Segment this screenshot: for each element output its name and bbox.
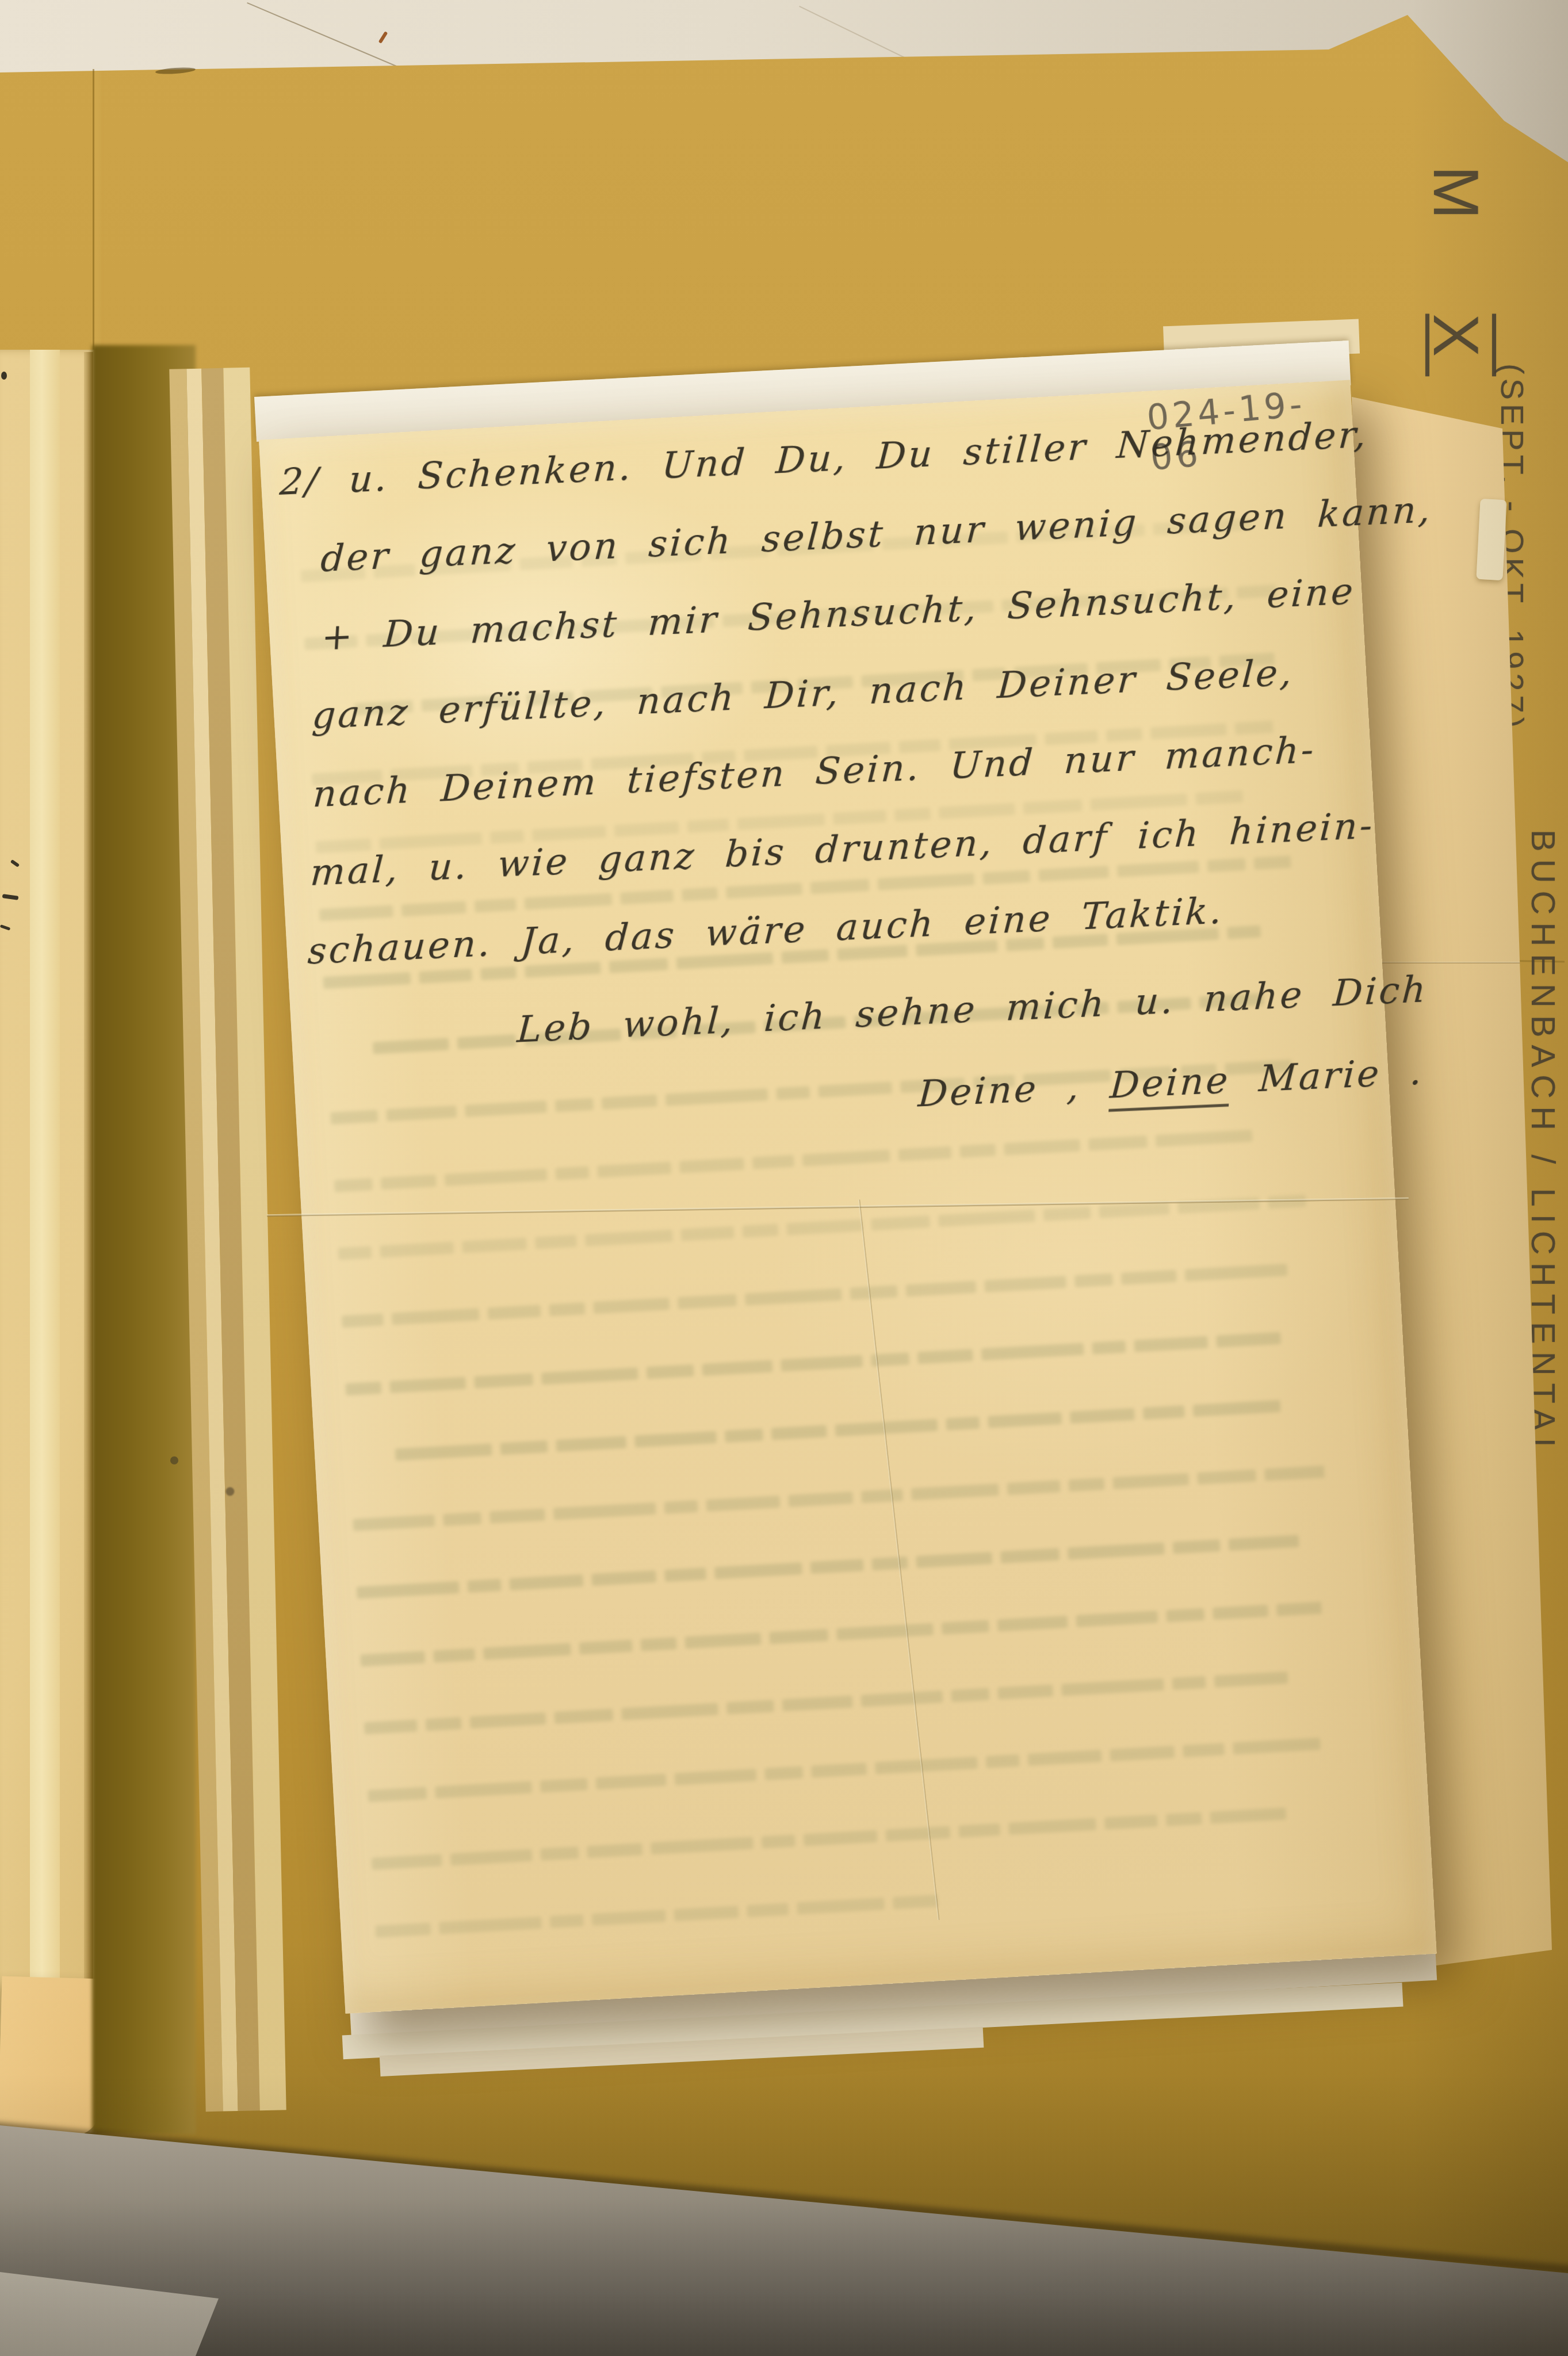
bleedthrough-word-blob [1023,799,1083,814]
bleedthrough-word-blob [469,1712,546,1728]
bleedthrough-word-blob [764,1766,803,1781]
bleedthrough-word-blob [474,1373,533,1389]
bleedthrough-word-blob [938,1210,1035,1227]
bleedthrough-word-blob [591,1570,656,1586]
bleedthrough-word-blob [357,1581,460,1599]
bleedthrough-word-blob [958,1823,1000,1838]
bleedthrough-word-blob [811,1762,867,1777]
bleedthrough-word-blob [509,1574,583,1590]
bleedthrough-word-blob [1213,1605,1268,1620]
bleedthrough-word-blob [833,810,886,825]
bleedthrough-word-blob [389,1377,466,1393]
bleedthrough-word-blob [714,1562,802,1579]
bleedthrough-word-blob [678,1294,737,1310]
bleedthrough-word-blob [1183,1743,1225,1757]
bleedthrough-word-blob [850,1285,898,1299]
bleedthrough-word-blob [893,1895,938,1909]
bleedthrough-word-blob [353,1514,435,1531]
signature-part: Deine , [917,1066,1083,1116]
bleedthrough-word-blob [762,1834,796,1848]
bleedthrough-word-blob [641,1637,677,1651]
bleedthrough-word-blob [1227,925,1261,939]
bleedthrough-word-blob [1074,1273,1113,1288]
bleedthrough-word-blob [666,1088,768,1106]
bleedthrough-word-blob [380,1242,454,1258]
bleedthrough-word-blob [1038,866,1109,882]
bleedthrough-word-blob [620,890,674,905]
bleedthrough-word-blob [745,1288,842,1306]
bleedthrough-word-blob [885,1826,950,1842]
bleedthrough-word-blob [810,1559,864,1574]
bleedthrough-word-blob [609,958,668,973]
bleedthrough-word-blob [726,882,802,898]
bleedthrough-word-blob [981,1343,1084,1361]
bleedthrough-word-blob [334,1178,373,1192]
bleedthrough-word-blob [982,870,1030,884]
bleedthrough-word-blob [602,1095,657,1110]
bleedthrough-word-blob [401,901,466,916]
bleedthrough-word-blob [680,1226,734,1241]
bleedthrough-word-blob [942,1620,989,1634]
bleedthrough-word-blob [579,1640,633,1655]
bleedthrough-word-blob [905,1281,976,1297]
bleedthrough-word-blob [1166,1812,1202,1826]
bleedthrough-word-blob [871,1556,908,1570]
bleedthrough-word-blob [782,1696,853,1712]
bleedthrough-word-blob [877,873,974,890]
bleedthrough-word-blob [836,1623,934,1640]
bleedthrough-word-blob [445,1168,548,1186]
bleedthrough-line [342,1263,1293,1330]
bleedthrough-line [372,1807,1292,1873]
bleedthrough-word-blob [1134,1336,1208,1352]
bleedthrough-word-blob [651,1837,754,1854]
bleedthrough-word-blob [457,1034,517,1050]
bleedthrough-word-blob [1216,1332,1281,1348]
bleedthrough-word-blob [592,1910,666,1926]
bleedthrough-word-blob [1070,1408,1135,1424]
bleedthrough-word-blob [1185,1264,1288,1282]
bleedthrough-word-blob [1099,1202,1169,1218]
bleedthrough-word-blob [323,972,411,989]
bleedthrough-word-blob [1214,1672,1288,1688]
bleedthrough-word-blob [742,1223,778,1237]
bleedthrough-word-blob [911,1483,999,1500]
letter-stack: 024-19-06 2/ u. Schenken. Und Du, Du sti… [259,380,1437,2014]
bleedthrough-word-blob [634,1431,717,1448]
bleedthrough-word-blob [1043,1207,1091,1221]
bleedthrough-word-blob [555,1166,589,1180]
bleedthrough-word-blob [797,1898,885,1914]
bleedthrough-word-blob [1193,1400,1281,1417]
bleedthrough-line [360,1602,1322,1670]
bleedthrough-word-blob [381,1175,437,1190]
bleedthrough-word-blob [997,1684,1053,1699]
bleedthrough-word-blob [450,1849,533,1866]
ink-speck [1,372,7,380]
bleedthrough-word-blob [1197,1469,1256,1485]
bleedthrough-word-blob [541,1367,638,1384]
bleedthrough-word-blob [419,969,472,984]
bleedthrough-word-blob [540,1778,588,1792]
signature-line: Deine , Deine Marie . [917,1050,1425,1115]
bleedthrough-line [364,1670,1306,1737]
bleedthrough-word-blob [788,1491,853,1507]
bleedthrough-word-blob [490,830,524,844]
bleedthrough-word-blob [898,1146,951,1161]
bleedthrough-word-blob [725,1428,763,1443]
bleedthrough-word-blob [682,887,718,901]
bleedthrough-word-blob [1264,1466,1325,1481]
signature-name: Marie . [1257,1050,1425,1100]
folder-code-letter: M [1420,166,1492,239]
bleedthrough-word-blob [395,1443,492,1460]
handwriting-line: der ganz von sich selbst nur wenig sagen… [319,488,1433,580]
bleedthrough-word-blob [1068,1542,1165,1559]
bleedthrough-word-blob [587,1843,643,1858]
bleedthrough-word-blob [984,1276,1066,1292]
bleedthrough-word-blob [487,1305,541,1319]
bleedthrough-word-blob [319,905,393,921]
torn-tape-fragment [1476,499,1506,580]
bleedthrough-word-blob [556,1436,626,1452]
bleedthrough-line [334,1129,1276,1195]
bleedthrough-word-blob [480,966,517,980]
bleedthrough-word-blob [483,1643,571,1659]
bleedthrough-word-blob [554,1709,613,1724]
bleedthrough-word-blob [835,1419,938,1437]
bleedthrough-word-blob [597,1162,671,1178]
bleedthrough-word-blob [946,1417,980,1431]
bleedthrough-word-blob [330,1110,378,1124]
bleedthrough-line [357,1535,1308,1602]
bleedthrough-word-blob [368,1787,427,1803]
bleedthrough-word-blob [771,1425,827,1440]
bleedthrough-word-blob [737,813,825,830]
bleedthrough-word-blob [462,1238,527,1253]
bleedthrough-word-blob [810,879,870,894]
bleedthrough-word-blob [338,1246,372,1260]
bleedthrough-word-blob [726,1700,774,1714]
bleedthrough-word-blob [1028,1750,1102,1766]
bleedthrough-word-blob [549,1302,585,1316]
bleedthrough-word-blob [1076,1611,1158,1627]
bleedthrough-word-blob [1007,1480,1061,1495]
bleedthrough-word-blob [1143,1405,1185,1420]
bleedthrough-word-blob [1068,1478,1104,1491]
bleedthrough-word-blob [443,1512,481,1527]
bleedthrough-word-blob [375,1923,431,1938]
bleedthrough-word-blob [614,821,679,837]
bleedthrough-word-blob [372,1854,442,1870]
bleedthrough-word-blob [342,1313,384,1328]
bleedthrough-word-blob [1195,790,1243,805]
bleedthrough-word-blob [951,1688,989,1703]
bleedthrough-line [353,1466,1325,1534]
bleedthrough-word-blob [1229,1535,1299,1551]
bleedthrough-word-blob [917,1349,973,1364]
bleedthrough-word-blob [664,1500,698,1514]
archive-photo: M X (SEPT. - OKT. 1927) BUCHENBACH / LIC… [0,0,1568,2356]
handwriting-line: + Du machst mir Sehnsucht, Sehnsucht, ei… [320,570,1356,659]
bleedthrough-word-blob [489,1509,545,1524]
bleedthrough-word-blob [1061,1678,1164,1696]
bleedthrough-word-blob [1112,1473,1189,1489]
handwriting-line: ganz erfüllte, nach Dir, nach Deiner See… [311,651,1295,737]
bleedthrough-word-blob [706,1496,780,1512]
bleedthrough-word-blob [861,1690,943,1707]
bleedthrough-line [338,1195,1310,1263]
bleedthrough-word-blob [373,1038,449,1054]
bleedthrough-word-blob [1207,858,1246,873]
bleedthrough-word-blob [769,1629,828,1644]
bleedthrough-word-blob [553,1502,656,1520]
bleedthrough-word-blob [596,1774,667,1790]
bleedthrough-word-blob [585,1230,673,1246]
handwritten-letter-page: 024-19-06 2/ u. Schenken. Und Du, Du sti… [259,380,1437,2014]
bleedthrough-word-blob [1117,860,1199,877]
bleedthrough-word-blob [702,1360,772,1376]
bleedthrough-word-blob [475,898,517,913]
bleedthrough-word-blob [687,819,729,833]
bleedthrough-word-blob [500,1440,548,1455]
bleedthrough-word-blob [818,1081,892,1097]
bleedthrough-word-blob [555,1098,594,1112]
bleedthrough-word-blob [647,1364,694,1379]
bleedthrough-line [345,1330,1307,1398]
bleedthrough-word-blob [1092,1341,1126,1355]
bleedthrough-word-blob [894,808,931,821]
bleedthrough-word-blob [1166,1608,1204,1623]
bleedthrough-word-blob [426,1717,462,1731]
bleedthrough-word-blob [747,1903,789,1917]
bleedthrough-word-blob [684,1632,761,1649]
bleedthrough-word-blob [1090,793,1187,810]
bleedthrough-word-blob [679,1158,744,1173]
bleedthrough-line [368,1737,1340,1805]
folder-code-label: M X [1419,166,1493,376]
bleedthrough-word-blob [861,1489,903,1503]
bleedthrough-word-blob [386,1106,457,1122]
bleedthrough-word-blob [550,1914,584,1928]
bleedthrough-word-blob [1088,1135,1148,1151]
bleedthrough-word-blob [776,1086,810,1100]
bleedthrough-word-blob [986,1754,1020,1768]
bleedthrough-word-blob [433,1649,475,1663]
bleedthrough-line [375,1895,938,1941]
bleedthrough-word-blob [988,1412,1062,1428]
bleedthrough-word-blob [364,1719,418,1734]
bleedthrough-word-blob [1254,856,1291,870]
bleedthrough-word-blob [871,1215,930,1231]
bleedthrough-word-blob [1121,1270,1177,1285]
bleedthrough-word-blob [435,1781,532,1798]
bleedthrough-word-blob [674,1906,739,1921]
bleedthrough-word-blob [916,1552,992,1568]
folder-code-numeral: X [1420,314,1492,377]
bleedthrough-word-blob [524,893,612,909]
bleedthrough-word-blob [959,1144,996,1158]
bleedthrough-word-blob [875,1757,978,1774]
bleedthrough-word-blob [664,1567,706,1582]
bleedthrough-word-blob [752,1155,794,1169]
bleedthrough-word-blob [345,1382,381,1395]
handwriting-line: Leb wohl, ich sehne mich u. nahe Dich [516,968,1429,1051]
bleedthrough-word-blob [1104,1815,1158,1830]
bleedthrough-word-blob [1172,1676,1206,1690]
bleedthrough-line [395,1398,1316,1464]
signature-underlined: Deine [1108,1059,1232,1112]
bleedthrough-word-blob [786,1219,863,1235]
ink-blot [170,1456,178,1464]
bleedthrough-word-blob [1110,1746,1175,1761]
bleedthrough-word-blob [468,1579,502,1593]
bleedthrough-word-blob [1008,1818,1096,1835]
bleedthrough-word-blob [540,1846,579,1861]
bleedthrough-word-blob [674,1769,756,1785]
bleedthrough-word-blob [535,1235,577,1249]
bleedthrough-word-blob [1004,1139,1080,1155]
bleedthrough-word-blob [360,1651,425,1666]
bleedthrough-word-blob [1000,1548,1060,1563]
bleedthrough-word-blob [621,1703,718,1720]
bleedthrough-word-blob [593,1298,670,1314]
bleedthrough-word-blob [1233,1738,1321,1754]
bleedthrough-word-blob [1156,1130,1253,1147]
bleedthrough-word-blob [465,1100,547,1117]
bleedthrough-word-blob [525,962,601,978]
bleedthrough-word-blob [781,1355,863,1372]
left-stack-highlight-strip [30,350,60,2121]
left-stack-bottom-flap [0,1976,105,2137]
bleedthrough-word-blob [1276,1602,1322,1616]
bleedthrough-word-blob [1173,1539,1221,1554]
bleedthrough-word-blob [804,1830,878,1846]
bleedthrough-word-blob [997,1616,1068,1632]
bleedthrough-word-blob [439,1917,542,1934]
bleedthrough-word-blob [802,1150,890,1166]
bleedthrough-word-blob [939,803,1015,819]
bleedthrough-word-blob [392,1308,480,1325]
bleedthrough-word-blob [1210,1807,1287,1823]
